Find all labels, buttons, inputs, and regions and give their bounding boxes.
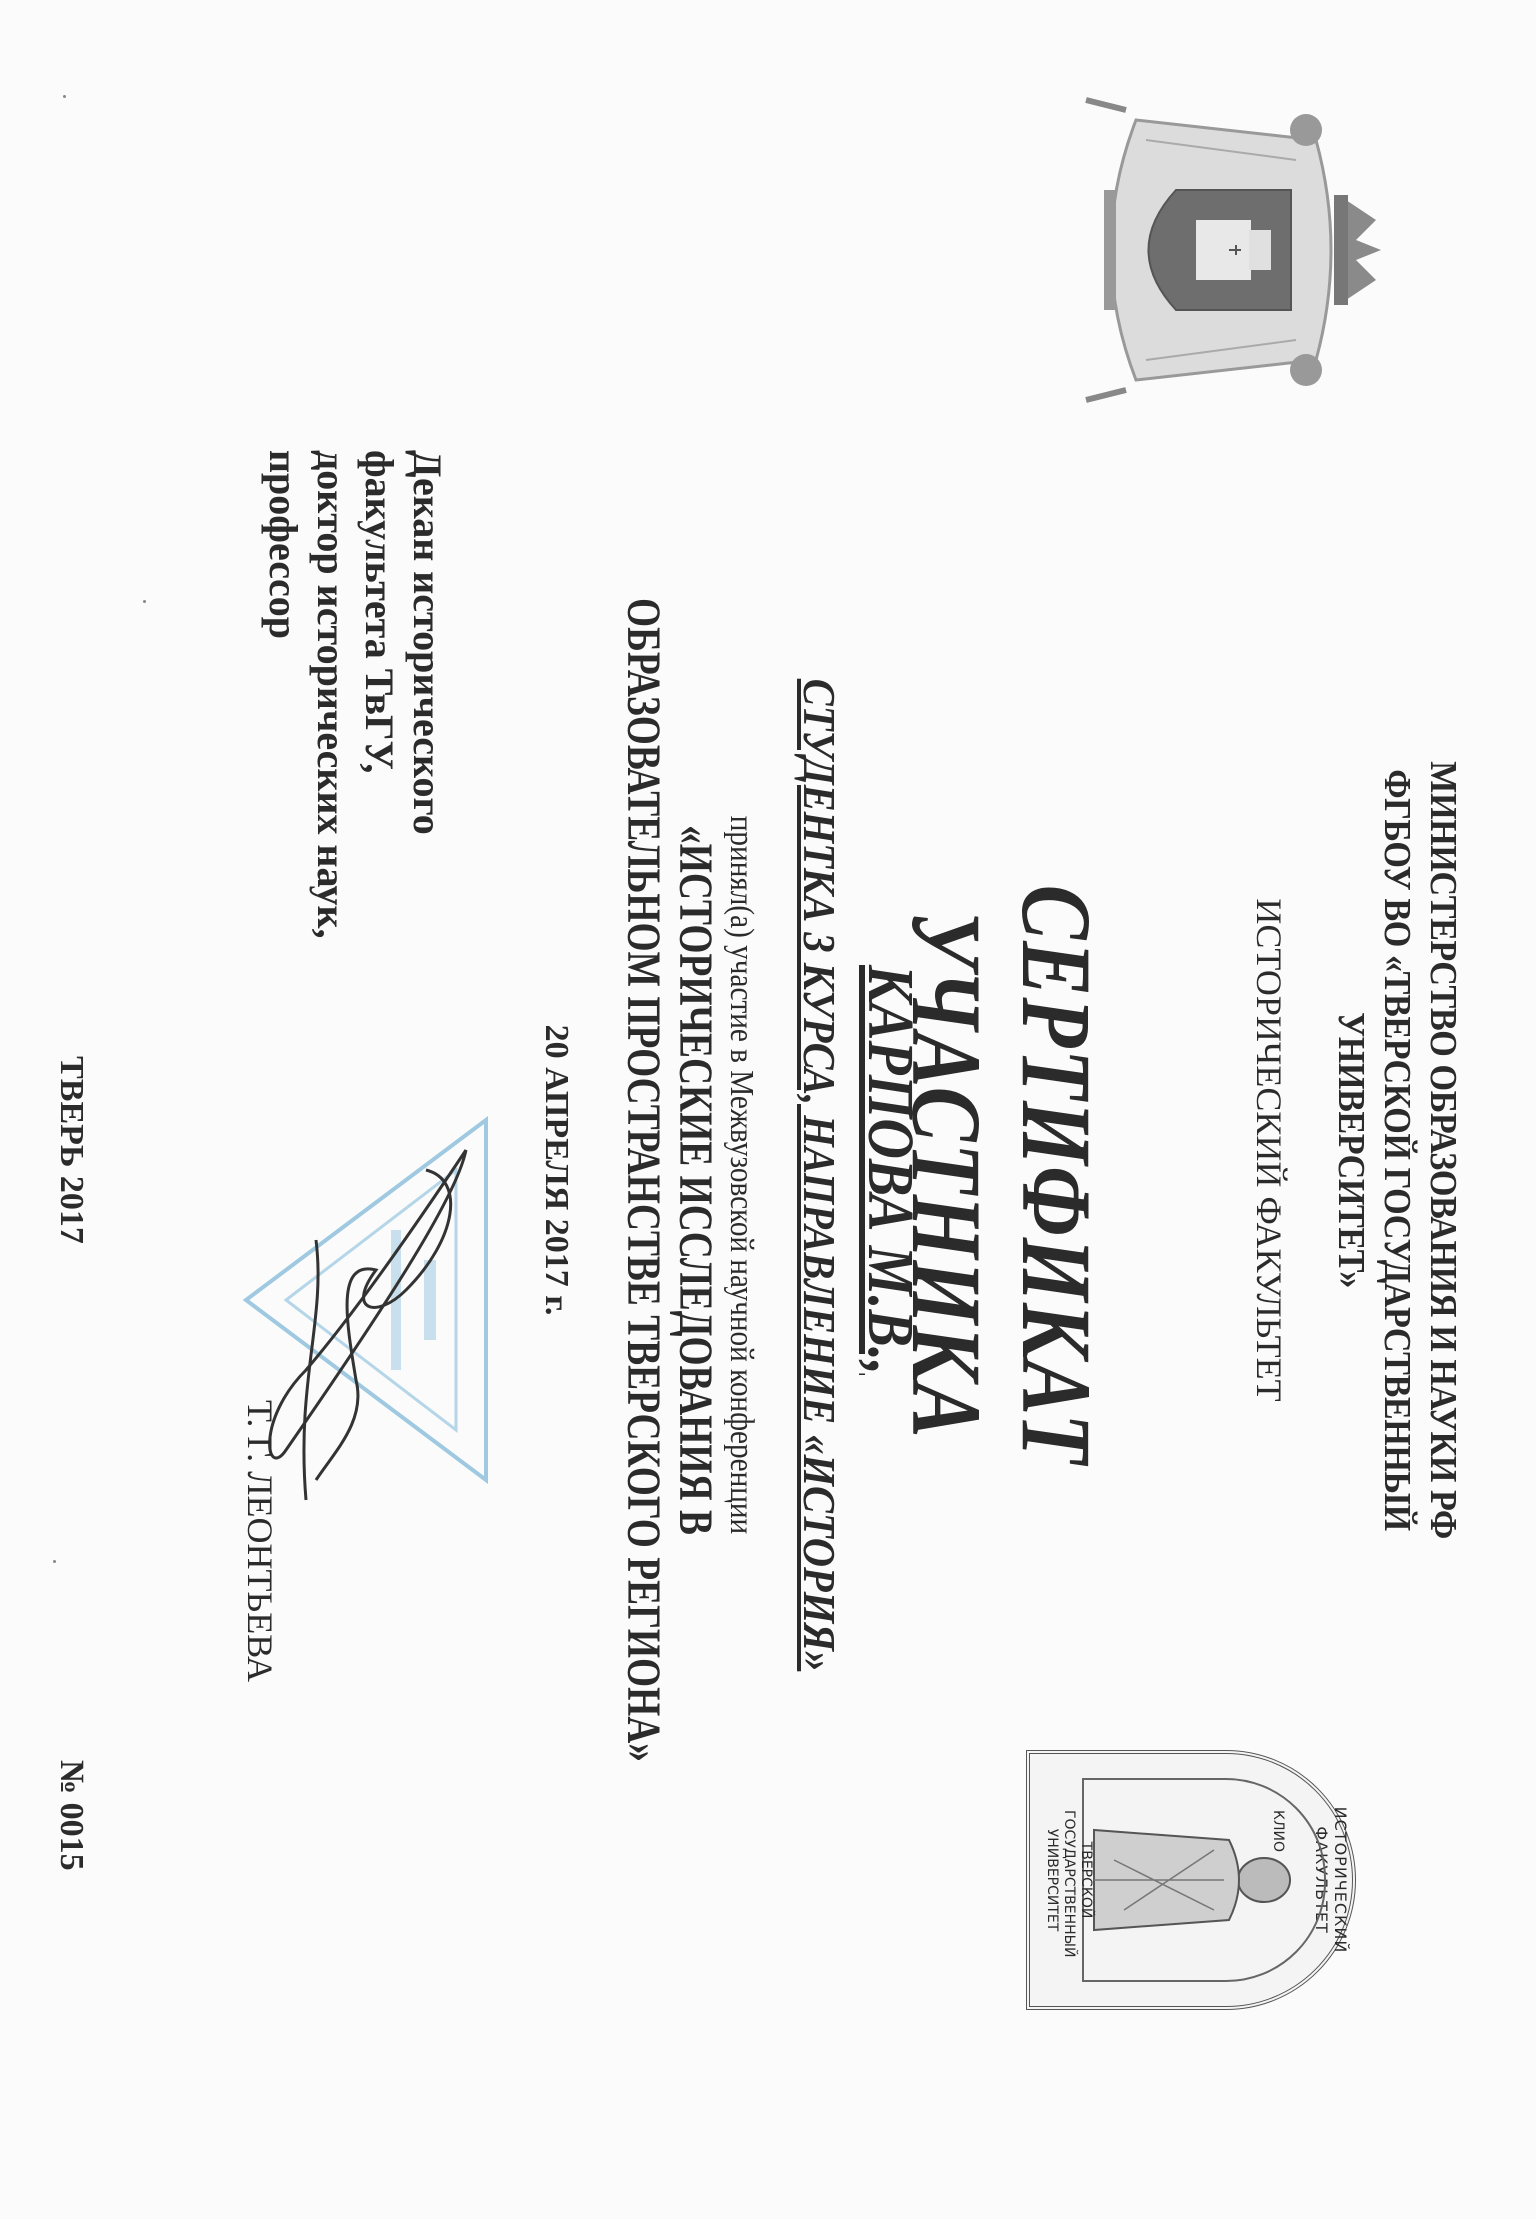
emblem-university-text: ТВЕРСКОЙ ГОСУДАРСТВЕННЫЙ УНИВЕРСИТЕТ — [1043, 1810, 1094, 1950]
conference-title: «ИСТОРИЧЕСКИЕ ИССЛЕДОВАНИЯ В ОБРАЗОВАТЕЛ… — [617, 540, 721, 1819]
faculty-name: ИСТОРИЧЕСКИЙ ФАКУЛЬТЕТ — [1247, 650, 1291, 1650]
conference-line-2: ОБРАЗОВАТЕЛЬНОМ ПРОСТРАНСТВЕ ТВЕРСКОГО Р… — [617, 540, 669, 1819]
ministry-header: МИНИСТЕРСТВО ОБРАЗОВАНИЯ И НАУКИ РФ ФГБО… — [1328, 700, 1466, 1600]
recipient-status: СТУДЕНТКА 3 КУРСА, НАПРАВЛЕНИЕ «ИСТОРИЯ» — [792, 634, 846, 1716]
signer-role-line-2: факультета ТвГУ, — [355, 450, 403, 970]
signer-role-line-3: доктор исторических наук, — [307, 450, 355, 970]
certificate-page: МИНИСТЕРСТВО ОБРАЗОВАНИЯ И НАУКИ РФ ФГБО… — [0, 0, 1536, 2219]
recipient-name: КАРПОВА М.В., — [854, 839, 926, 1502]
scan-speck — [143, 600, 146, 603]
signer-role-line-4: профессор — [259, 450, 307, 970]
ministry-line-3: УНИВЕРСИТЕТ» — [1328, 700, 1374, 1600]
university-coat-of-arms-icon — [1066, 80, 1386, 420]
emblem-muse-label: КЛИО — [1270, 1810, 1286, 1852]
scan-speck — [53, 1560, 56, 1563]
conference-line-1: «ИСТОРИЧЕСКИЕ ИССЛЕДОВАНИЯ В — [669, 540, 721, 1819]
faculty-emblem-icon: ИСТОРИЧЕСКИЙ ФАКУЛЬТЕТ КЛИО ТВЕРСКОЙ ГОС… — [1026, 1750, 1356, 2010]
scan-speck — [63, 95, 66, 98]
signer-role-line-1: Декан исторического — [403, 450, 451, 970]
city-year: ТВЕРЬ 2017 — [51, 950, 91, 1350]
signer-role: Декан исторического факультета ТвГУ, док… — [259, 450, 451, 970]
certificate-number: № 0015 — [51, 1760, 91, 1960]
conference-date: 20 АПРЕЛЯ 2017 г. — [536, 780, 576, 1560]
signer-name: Т. Г. ЛЕОНТЬЕВА — [239, 1400, 281, 1900]
ministry-line-2: ФГБОУ ВО «ТВЕРСКОЙ ГОСУДАРСТВЕННЫЙ — [1374, 700, 1420, 1600]
participation-text: принял(а) участие в Межвузовской научной… — [721, 646, 761, 1704]
ministry-line-1: МИНИСТЕРСТВО ОБРАЗОВАНИЯ И НАУКИ РФ — [1420, 700, 1466, 1600]
